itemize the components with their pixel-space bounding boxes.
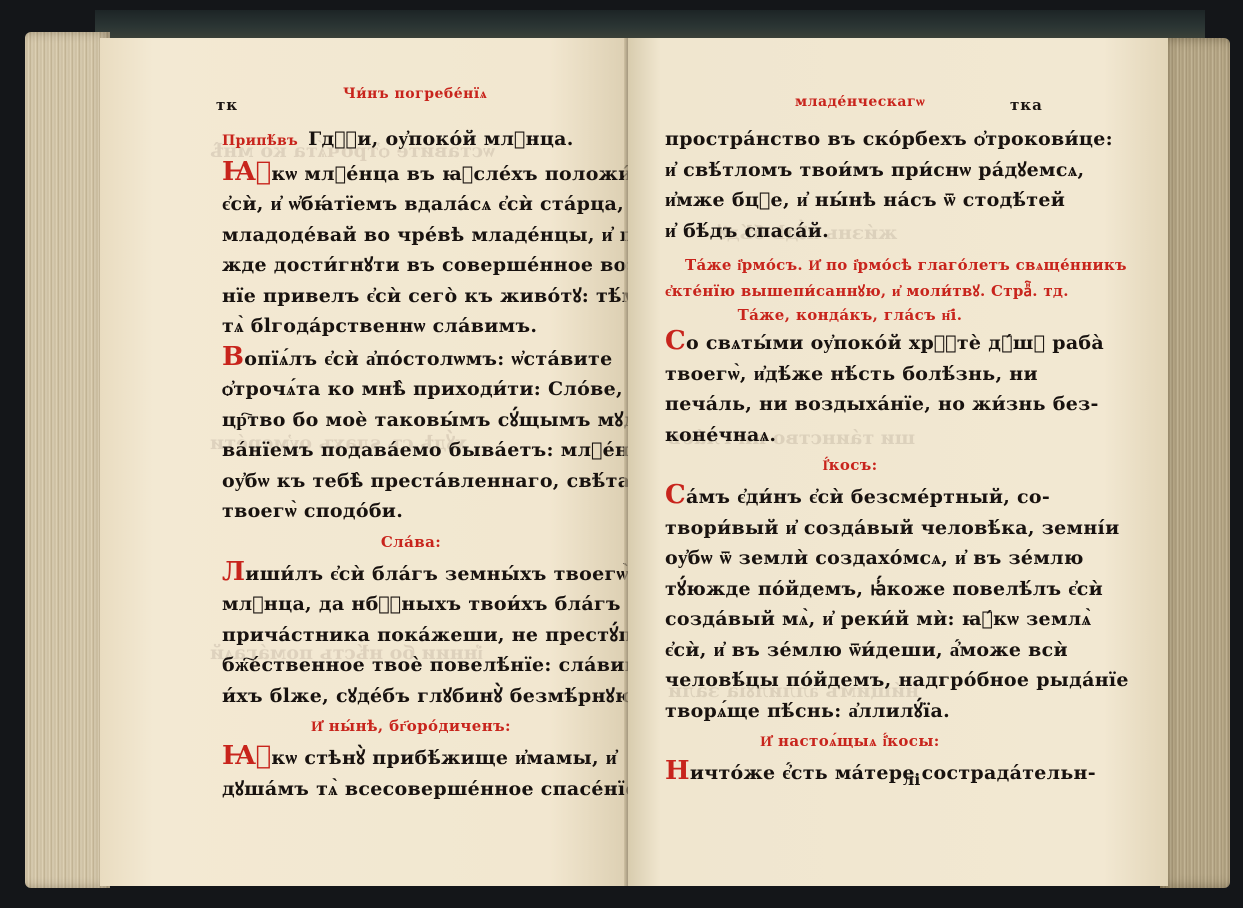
text-line: простра́нство въ ско́рбехъ ѻ҆трокови́це:	[665, 124, 1035, 155]
drop-initial: С	[665, 480, 686, 510]
text-line: Ничто́же є҆́сть ма́тере сострада́тельн-	[665, 756, 1035, 789]
text-line: Са́мъ є҆ди́нъ є҆сѝ безсме́ртный, со-	[665, 480, 1035, 513]
left-page-stack-edge	[25, 32, 110, 888]
text-line: твоегѡ̀ сподо́би.	[222, 496, 600, 527]
text-line: є҆сѝ, и҆ въ зе́млю ѿи́деши, а҆́може всѝ	[665, 635, 1035, 666]
drop-initial: Ꙗ҆	[222, 157, 271, 187]
text-line: и҆мже бцⷣе, и҆ ны́нѣ на́съ ѿ стодѣ́тей	[665, 185, 1035, 216]
text-line: жде дости́гнꙋти въ соверше́нное возраще-	[222, 250, 600, 281]
text-line: Припѣ́въГдⷭ҇и, оу҆поко́й млⷣнца.	[222, 124, 600, 157]
rubric-instruction: є҆кте́нїю вышепи́саннꙋю, и҆ моли́твꙋ. Ст…	[665, 278, 1035, 304]
text-line: ва́нїемъ подава́емо быва́етъ: млⷣе́нца	[222, 435, 600, 466]
text-line: и́хъ бlже, сꙋде́бъ глꙋбинꙋ̀ безмѣ́рнꙋю.	[222, 681, 600, 712]
text-line: Вопїѧ́лъ є҆сѝ а҆по́столѡмъ: ѡ҆ста́вите	[222, 342, 600, 375]
text-line: цр҇тво бо моѐ таковы́мъ сꙋ́щымъ мꙋдро-	[222, 405, 600, 436]
drop-initial: Л	[222, 557, 245, 587]
running-head-left: Чи́нъ погребе́нїѧ	[343, 86, 487, 103]
text-line: є҆сѝ, и҆ ѡ҆бꙗ́тїемъ вдала́сѧ є҆сѝ ста́рц…	[222, 189, 600, 220]
rubric-heading: Та́же, конда́къ, гла́съ н҃і.	[665, 304, 1035, 326]
book-spread: ѡстави́те ѻ҆трочѧ́та ко мнѣ̀ хꙋ́дѣ съ ѕл…	[0, 0, 1243, 908]
signature-mark: лі	[903, 770, 920, 789]
rubric-heading: И҆ настоѧ́щыѧ і҆́косы:	[665, 726, 1035, 756]
text-line: младоде́вай во чре́вѣ младе́нцы, и҆ пре-	[222, 220, 600, 251]
right-page-text: простра́нство въ ско́рбехъ ѻ҆трокови́це:…	[665, 124, 1035, 789]
text-line: оу҆бѡ ѿ землѝ создахо́мсѧ, и҆ въ зе́млю	[665, 543, 1035, 574]
left-page-text: Припѣ́въГдⷭ҇и, оу҆поко́й млⷣнца. Ꙗ҆кѡ мл…	[222, 124, 600, 804]
rubric-label: Припѣ́въ	[222, 133, 298, 149]
right-page-stack-edge	[1160, 38, 1230, 888]
running-head-right: младе́нческагѡ	[795, 94, 925, 111]
book-spine-shadow	[95, 10, 1205, 38]
folio-number-right: тка	[1010, 96, 1043, 114]
text-line: человѣ́цы по́йдемъ, надгро́бное рыда́нїе	[665, 665, 1035, 696]
text-line: Лиши́лъ є҆сѝ бла́гъ земны́хъ твоегѡ̀	[222, 557, 600, 590]
rubric-heading: І҆́косъ:	[665, 450, 1035, 480]
text-line: дꙋша́мъ тѧ̀ всесоверше́нное спасе́нїе, и…	[222, 774, 600, 805]
rubric-heading: Сла́ва:	[222, 527, 600, 557]
text-line: созда́вый мѧ̀, и҆ реки́й мѝ: ꙗ҆́кѡ землѧ…	[665, 604, 1035, 635]
drop-initial: Ꙗ҆	[222, 741, 271, 771]
text-line: бж҇е́ственное твоѐ повелѣ́нїе: сла́вимъ …	[222, 650, 600, 681]
rubric-instruction: Та́же і҆рмо́съ. И҆ по і҆рмо́сѣ глаго́лет…	[665, 252, 1035, 278]
text-line: тѧ̀ бlгода́рственнѡ сла́вимъ.	[222, 311, 600, 342]
text-line: нїе привелъ є҆сѝ сего̀ къ живо́тꙋ: тѣ́мж…	[222, 281, 600, 312]
text-line: млⷣнца, да нбⷭ҇ныхъ твои́хъ бла́гъ сего̀	[222, 589, 600, 620]
text-line: твоегѡ̀, и҆дѣ́же нѣ́сть болѣ́знь, ни	[665, 359, 1035, 390]
text-line: и҆ бѣ́дъ спаса́й.	[665, 216, 1035, 247]
drop-initial: В	[222, 342, 244, 372]
text-line: и҆ свѣ́тломъ твои́мъ при́снѡ ра́дꙋемсѧ,	[665, 155, 1035, 186]
text-line: печа́ль, ни воздыха́нїе, но жи́знь без-	[665, 389, 1035, 420]
text-line: Ꙗ҆кѡ стѣнꙋ̀ прибѣ́жище и҆мамы, и҆	[222, 741, 600, 774]
text-line: коне́чнаѧ.	[665, 420, 1035, 451]
text-line: твори́вый и҆ созда́вый человѣ́ка, земні́…	[665, 513, 1035, 544]
text-line: тꙋ́южде по́йдемъ, ꙗ҆́коже повелѣ́лъ є҆сѝ	[665, 574, 1035, 605]
text-line: прича́стника пока́жеши, не престꙋ́пльшаг…	[222, 620, 600, 651]
rubric-heading: И҆ ны́нѣ, бг҃оро́диченъ:	[222, 711, 600, 741]
drop-initial: С	[665, 326, 686, 356]
text-line: оу҆бѡ къ тебѣ̀ преста́вленнаго, свѣ́та	[222, 466, 600, 497]
text-line: Со свѧты́ми оу҆поко́й хрⷭ҇тѐ дꙋ́шꙋ раба̀	[665, 326, 1035, 359]
text-line: Ꙗ҆кѡ млⷣе́нца въ ꙗ҆сле́хъ положи́лсѧ	[222, 157, 600, 190]
drop-initial: Н	[665, 756, 690, 786]
text-line: творѧ́ще пѣ́снь: а҆ллилꙋ́їа.	[665, 696, 1035, 727]
folio-number-left: тк	[216, 96, 238, 114]
text-line: ѻ҆трочѧ́та ко мнѣ̀ приходи́ти: Сло́ве,	[222, 374, 600, 405]
